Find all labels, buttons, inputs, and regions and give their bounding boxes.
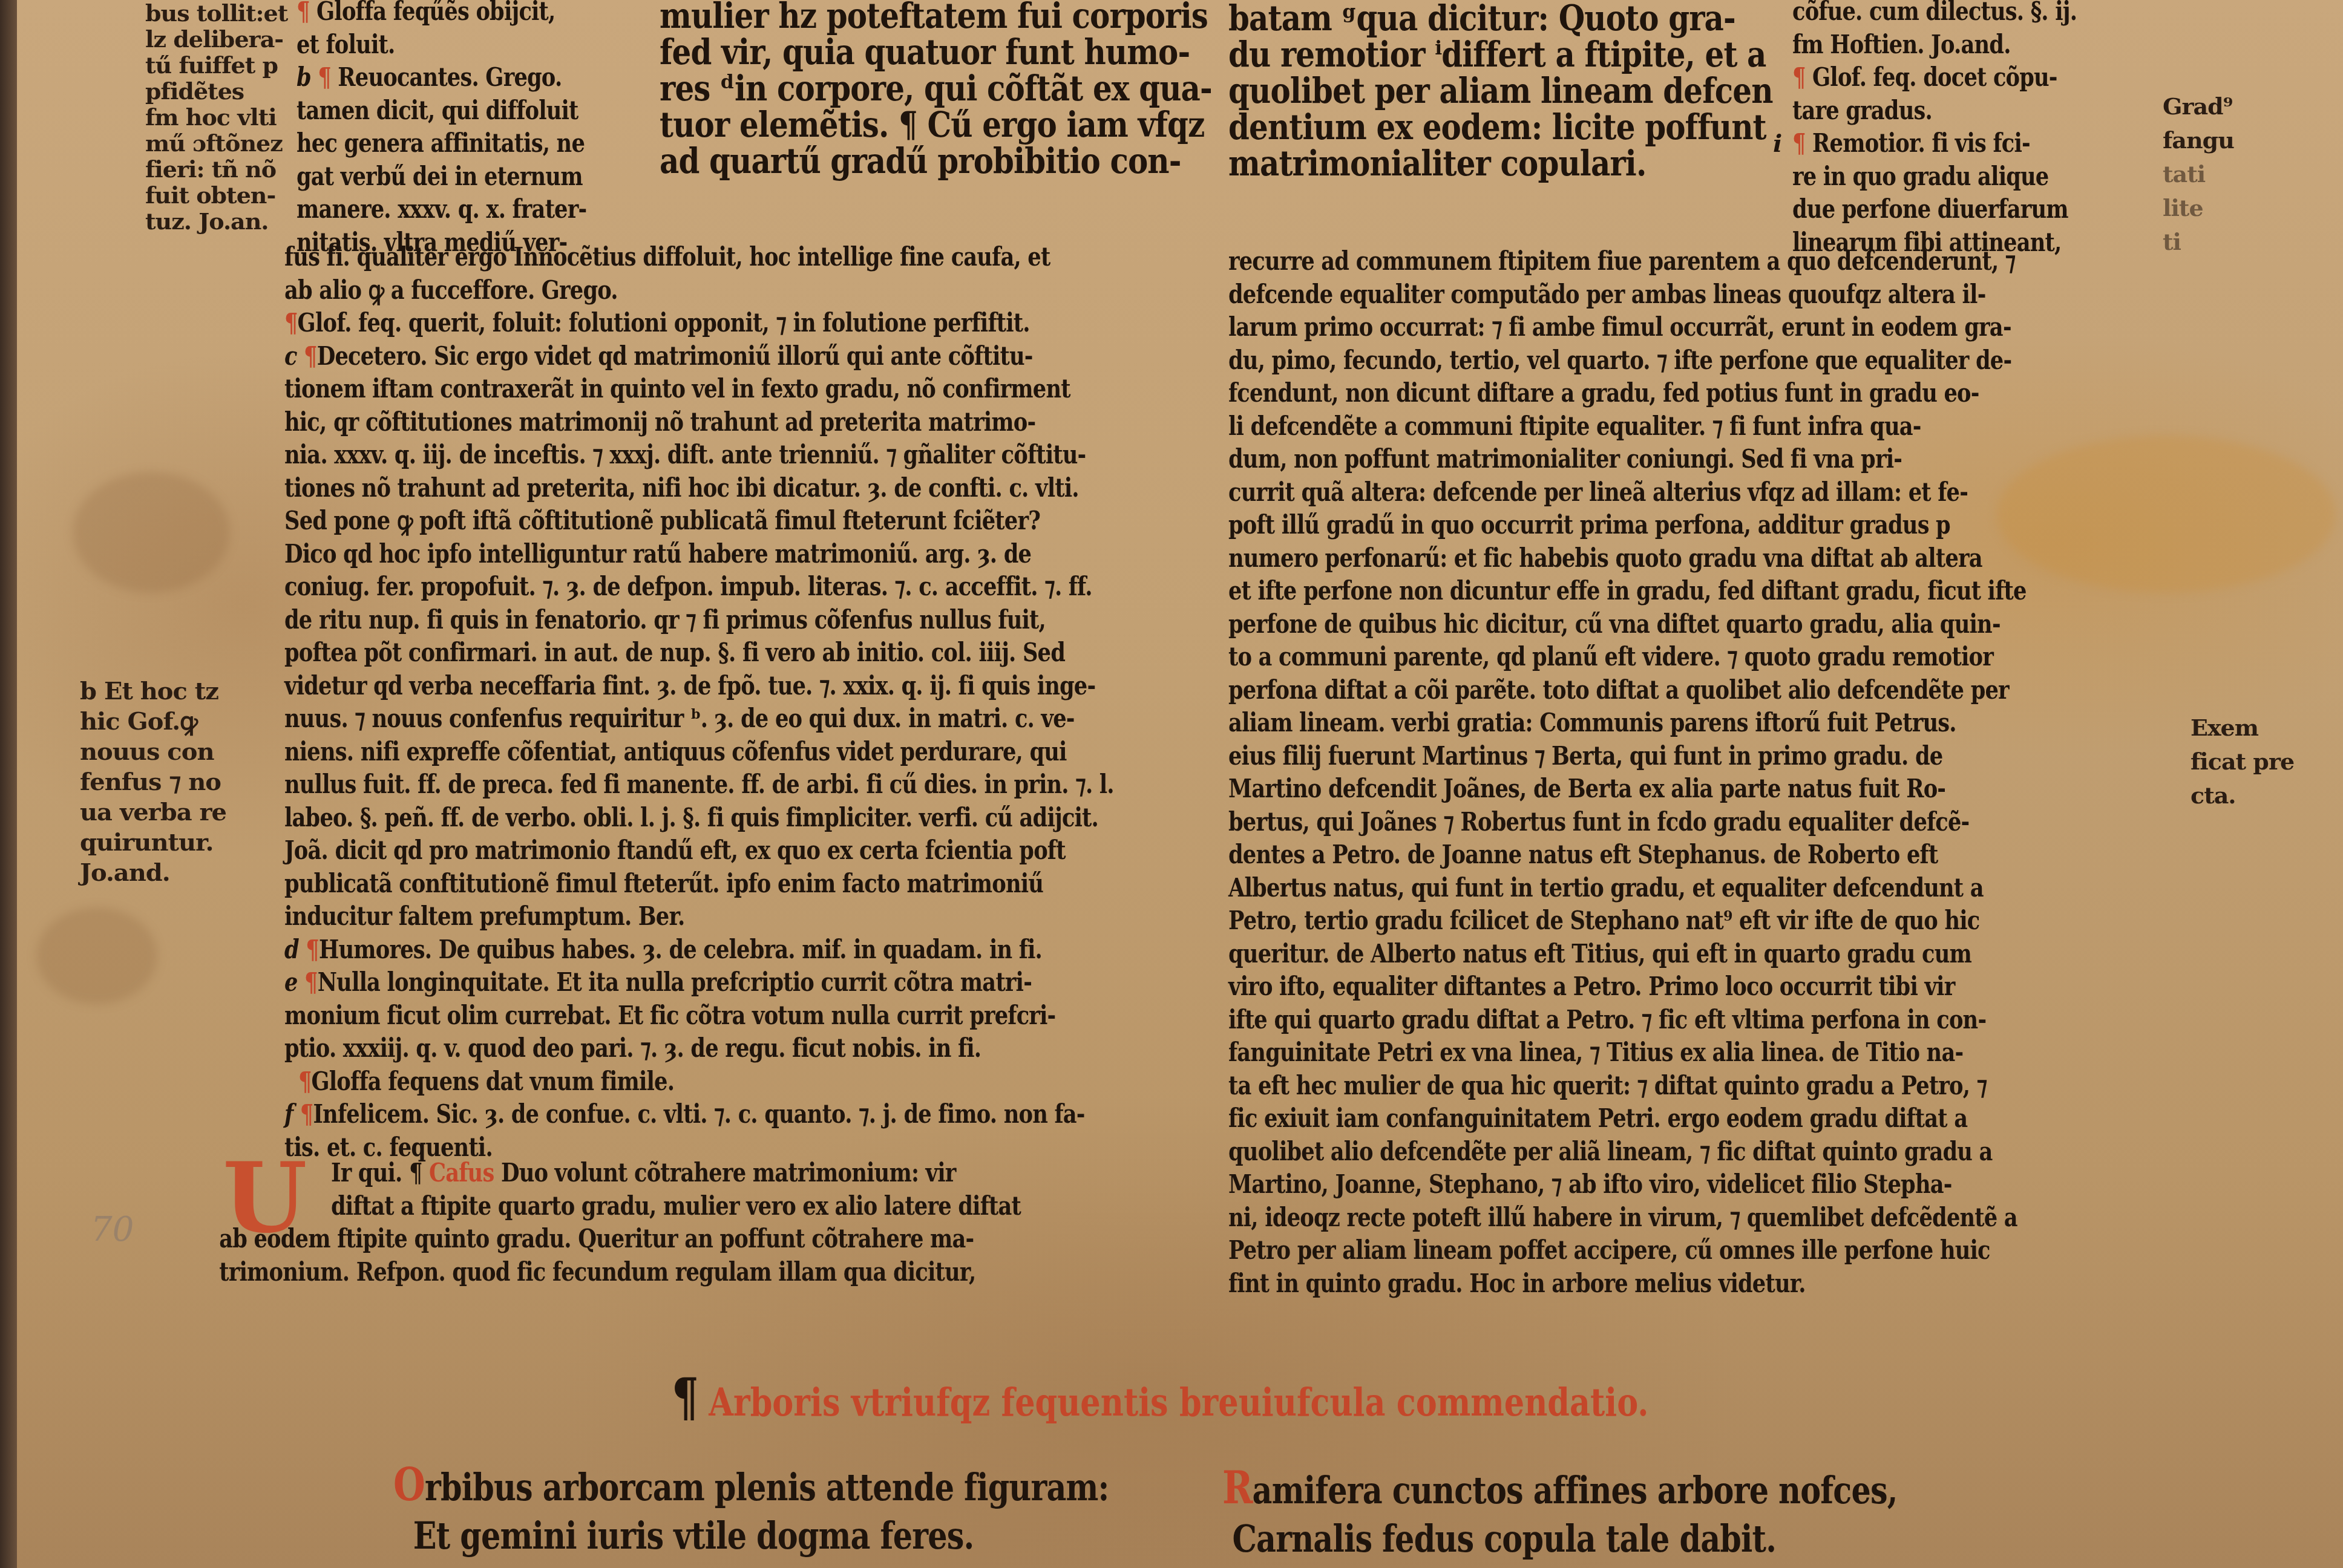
verses-right: Ramifera cunctos affines arbore nofces, … xyxy=(1222,1464,1898,1563)
gloss-line: ¶ Remotior. fi vis fci- xyxy=(1792,127,2077,160)
gloss-line: eius filij fuerunt Martinus ⁊ Berta, qui… xyxy=(1228,740,2027,773)
gloss-line: defcende equaliter computãdo per ambas l… xyxy=(1228,278,2027,312)
gloss-line: du, pimo, fecundo, tertio, vel quarto. ⁊… xyxy=(1228,344,2027,377)
note-line: ficat pre xyxy=(2191,745,2294,779)
gloss-line: manere. xxxv. q. x. frater- xyxy=(297,193,586,226)
gloss-line: f ¶Infelicem. Sic. ȝ. de confue. c. vlti… xyxy=(284,1098,1114,1131)
left-margin-note-top: bus tollit:et lz delibera- tű fuiffet p … xyxy=(145,0,287,234)
note-line: tuz. Jo.an. xyxy=(145,208,287,234)
casus-line: trimonium. Refpon. quod fic fecundum reg… xyxy=(219,1256,1021,1289)
gloss-right-column: recurre ad communem ftipitem fiue parent… xyxy=(1228,245,2027,1300)
gloss-line: Petro per aliam lineam poffet accipere, … xyxy=(1228,1234,2027,1267)
gloss-line: Albertus natus, qui funt in tertio gradu… xyxy=(1228,872,2027,905)
note-line: pfidẽtes xyxy=(145,78,287,104)
gloss-line: ab alio ꝙ a fucceffore. Grego. xyxy=(284,274,1114,307)
pilcrow-icon: ¶ xyxy=(672,1367,699,1428)
note-line: lz delibera- xyxy=(145,26,287,52)
gloss-line: et ifte perfone non dicuntur effe in gra… xyxy=(1228,575,2027,608)
main-text-top-right: batam ᵍqua dicitur: Quoto gra- du remoti… xyxy=(1228,0,1773,181)
pilcrow-icon: ¶ xyxy=(1792,128,1806,158)
gloss-line: ifte qui quarto gradu diftat a Petro. ⁊ … xyxy=(1228,1004,2027,1037)
gloss-line: fint in quinto gradu. Hoc in arbore meli… xyxy=(1228,1267,2027,1301)
note-line: fm hoc vlti xyxy=(145,104,287,130)
note-line: ti xyxy=(2163,225,2234,259)
gloss-line: poft illű gradű in quo occurrit prima pe… xyxy=(1228,509,2027,542)
gloss-line: to a communi parente, qd planű eft vider… xyxy=(1228,641,2027,674)
left-margin-note-mid: b Et hoc tz hic Gof.ꝙ nouus con fenfus ⁊… xyxy=(80,676,226,888)
note-line: mű ɔftõnez xyxy=(145,130,287,156)
text-line: tuor elemẽtis. ¶ Cű ergo iam vfqz xyxy=(660,106,1212,143)
text-line: ad quartű gradű probibitio con- xyxy=(660,143,1212,179)
note-line: nouus con xyxy=(80,737,226,767)
note-line: fangu xyxy=(2163,123,2234,157)
gloss-line: et foluit. xyxy=(297,28,586,62)
casus-rubric: Cafus xyxy=(429,1158,494,1187)
verse-line: Ramifera cunctos affines arbore nofces, xyxy=(1222,1464,1898,1515)
gloss-line: Dico qd hoc ipfo intelliguntur ratű habe… xyxy=(284,538,1114,571)
pilcrow-icon: ¶ xyxy=(298,1067,312,1096)
gloss-line: quolibet alio defcendẽte per aliã lineam… xyxy=(1228,1135,2027,1169)
gloss-line: poftea põt confirmari. in aut. de nup. §… xyxy=(284,636,1114,670)
gloss-top-left: ¶ Gloffa feqűẽs obijcit, et foluit. b ¶ … xyxy=(297,0,586,259)
gloss-line: Martino defcendit Joãnes, de Berta ex al… xyxy=(1228,773,2027,806)
right-margin-note-top: Grad⁹ fangu tati lite ti xyxy=(2163,90,2234,259)
gloss-line: de ritu nup. fi quis in fenatorio. qr ⁊ … xyxy=(284,604,1114,637)
gloss-reference-letter: i xyxy=(1773,129,1782,158)
gloss-line: coniug. fer. propofuit. ⁊. ȝ. de defpon.… xyxy=(284,570,1114,604)
gloss-line: niens. nifi expreffe cõfentiat, antiquus… xyxy=(284,736,1114,769)
gloss-line: ¶Glof. feq. querit, foluit: folutioni op… xyxy=(284,307,1114,340)
casus-section: Ir qui. ¶ Cafus Duo volunt cõtrahere mat… xyxy=(306,1157,1021,1289)
gloss-line: Petro, tertio gradu fcilicet de Stephano… xyxy=(1228,904,2027,938)
gloss-line: fic exiuit iam confanguinitatem Petri. e… xyxy=(1228,1102,2027,1135)
text-line: batam ᵍqua dicitur: Quoto gra- xyxy=(1228,0,1773,36)
gloss-line: b ¶ Reuocantes. Grego. xyxy=(297,61,586,94)
gloss-top-far-right: cõfue. cum dilectus. §. ij. fm Hoftien. … xyxy=(1792,0,2077,259)
gloss-line: labeo. §. peñ. ff. de verbo. obli. l. j.… xyxy=(284,802,1114,835)
pilcrow-icon: ¶ xyxy=(297,0,310,26)
gloss-line: ¶Gloffa fequens dat vnum fimile. xyxy=(284,1065,1114,1099)
gloss-line: c ¶Decetero. Sic ergo videt qd matrimoni… xyxy=(284,340,1114,373)
gloss-line: currit quã altera: defcende per lineã al… xyxy=(1228,476,2027,509)
gloss-line: re in quo gradu alique xyxy=(1792,160,2077,194)
gloss-line: hic, qr cõftitutiones matrimonij nõ trah… xyxy=(284,406,1114,439)
gloss-line: nullus fuit. ff. de preca. fed fi manent… xyxy=(284,768,1114,802)
verse-line: Carnalis fedus copula tale dabit. xyxy=(1222,1515,1898,1563)
gloss-line: tiones nõ trahunt ad preterita, nifi hoc… xyxy=(284,472,1114,505)
water-stain xyxy=(1997,436,2336,593)
gloss-line: perfona diftat a cõi parẽte. toto diftat… xyxy=(1228,674,2027,707)
text-line: mulier hz poteftatem fui corporis xyxy=(660,0,1212,34)
note-line: fieri: tñ nõ xyxy=(145,156,287,182)
gloss-reference-letter: e xyxy=(284,967,298,997)
gloss-line: monium ficut olim currebat. Et fic cõtra… xyxy=(284,999,1114,1033)
note-line: quiruntur. xyxy=(80,828,226,858)
rubric-initial: R xyxy=(1222,1462,1253,1514)
gloss-line: fanguinitate Petri ex vna linea, ⁊ Titiu… xyxy=(1228,1036,2027,1070)
text-line: fed vir, quia quatuor funt humo- xyxy=(660,34,1212,70)
pilcrow-icon: ¶ xyxy=(318,62,331,92)
pilcrow-icon: ¶ xyxy=(306,935,319,964)
gloss-line: e ¶Nulla longinquitate. Et ita nulla pre… xyxy=(284,966,1114,999)
verse-line: Orbibus arborcam plenis attende figuram: xyxy=(393,1461,1109,1512)
gloss-line: numero perfonarű: et fic habebis quoto g… xyxy=(1228,542,2027,575)
note-line: fuit obten- xyxy=(145,182,287,208)
gloss-line: due perfone diuerfarum xyxy=(1792,193,2077,226)
casus-line: ab eodem ftipite quinto gradu. Queritur … xyxy=(219,1223,1021,1256)
gloss-line: li defcendẽte a communi ftipite equalite… xyxy=(1228,410,2027,443)
gloss-line: hec genera affinitatis, ne xyxy=(297,127,586,160)
casus-line: diftat a ftipite quarto gradu, mulier ve… xyxy=(306,1190,1021,1223)
gloss-line: tare gradus. xyxy=(1792,94,2077,128)
note-line: tati xyxy=(2163,157,2234,191)
gloss-reference-letter: f xyxy=(284,1099,293,1129)
note-line: fenfus ⁊ no xyxy=(80,767,226,797)
gloss-line: perfone de quibus hic dicitur, cű vna di… xyxy=(1228,608,2027,641)
gloss-line: tamen dicit, qui diffoluit xyxy=(297,94,586,128)
gloss-line: ¶ Gloffa feqűẽs obijcit, xyxy=(297,0,586,28)
text-line: quolibet per aliam lineam defcen xyxy=(1228,73,1773,109)
note-line: Grad⁹ xyxy=(2163,90,2234,123)
gloss-line: queritur. de Alberto natus eft Titius, q… xyxy=(1228,938,2027,971)
gloss-line: Joã. dicit qd pro matrimonio ftandű eft,… xyxy=(284,834,1114,867)
section-heading: ¶Arboris vtriufqz fequentis breuiufcula … xyxy=(672,1367,1649,1428)
pencil-folio-number: 70 xyxy=(91,1210,134,1249)
note-line: lite xyxy=(2163,191,2234,225)
gloss-line: Martino, Joanne, Stephano, ⁊ ab ifto vir… xyxy=(1228,1168,2027,1201)
note-line: tű fuiffet p xyxy=(145,52,287,78)
gloss-reference-letter: d xyxy=(284,935,299,964)
gloss-line: ta eft hec mulier de qua hic querit: ⁊ d… xyxy=(1228,1070,2027,1103)
gloss-line: nia. xxxv. q. iij. de inceftis. ⁊ xxxj. … xyxy=(284,439,1114,472)
text-line: dentium ex eodem: licite poffunt xyxy=(1228,109,1773,145)
note-line: ua verba re xyxy=(80,797,226,828)
text-line: matrimonialiter copulari. xyxy=(1228,145,1773,181)
pilcrow-icon: ¶ xyxy=(1792,62,1806,92)
gloss-line: fcendunt, non dicunt diftare a gradu, fe… xyxy=(1228,377,2027,410)
rubric-initial: O xyxy=(393,1459,425,1511)
gloss-line: videtur qd verba neceffaria fint. ȝ. de … xyxy=(284,670,1114,703)
gloss-line: inducitur faltem prefumptum. Ber. xyxy=(284,900,1114,933)
note-line: Jo.and. xyxy=(80,858,226,888)
gloss-line: tionem iftam contraxerãt in quinto vel i… xyxy=(284,373,1114,406)
note-line: b Et hoc tz xyxy=(80,676,226,707)
gloss-line: publicatã conftitutionẽ fimul fteterűt. … xyxy=(284,867,1114,901)
foxing-stain xyxy=(73,472,230,593)
gloss-line: nuus. ⁊ nouus confenfus requiritur ᵇ. ȝ.… xyxy=(284,702,1114,736)
pilcrow-icon: ¶ xyxy=(300,1099,313,1129)
gloss-line: gat verbű dei in eternum xyxy=(297,160,586,194)
gloss-line: Sed pone ꝙ poft iftã cõftitutionẽ public… xyxy=(284,505,1114,538)
gloss-line: fus fi. qualiter ergo Innocẽtius diffolu… xyxy=(284,241,1114,274)
book-edge xyxy=(0,0,17,1568)
right-margin-note-mid: Exem ficat pre cta. xyxy=(2191,711,2294,812)
text-line: du remotior ⁱdiffert a ftipite, et a xyxy=(1228,36,1773,73)
gloss-reference-letter: b xyxy=(297,62,311,92)
gloss-line: recurre ad communem ftipitem fiue parent… xyxy=(1228,245,2027,278)
main-text-top-middle: mulier hz poteftatem fui corporis fed vi… xyxy=(660,0,1212,179)
verse-line: Et gemini iuris vtile dogma feres. xyxy=(393,1512,1109,1560)
gloss-line: ni, ideoqz recte poteft illű habere in v… xyxy=(1228,1201,2027,1235)
gloss-line: fm Hoftien. Jo.and. xyxy=(1792,28,2077,62)
gloss-line: larum primo occurrat: ⁊ fi ambe fimul oc… xyxy=(1228,311,2027,344)
note-line: Exem xyxy=(2191,711,2294,745)
note-line: cta. xyxy=(2191,779,2294,812)
gloss-line: cõfue. cum dilectus. §. ij. xyxy=(1792,0,2077,28)
gloss-reference-letter: c xyxy=(284,341,297,371)
foxing-stain xyxy=(36,907,157,1004)
gloss-line: d ¶Humores. De quibus habes. ȝ. de celeb… xyxy=(284,933,1114,967)
verses-left: Orbibus arborcam plenis attende figuram:… xyxy=(393,1461,1109,1560)
gloss-line: dum, non poffunt matrimonialiter coniung… xyxy=(1228,443,2027,476)
gloss-line: bertus, qui Joãnes ⁊ Robertus funt in fc… xyxy=(1228,806,2027,839)
gloss-line: ptio. xxxiij. q. v. quod deo pari. ⁊. ȝ.… xyxy=(284,1032,1114,1065)
gloss-line: ¶ Glof. feq. docet cõpu- xyxy=(1792,61,2077,94)
gloss-line: dentes a Petro. de Joanne natus eft Step… xyxy=(1228,838,2027,872)
pilcrow-icon: ¶ xyxy=(304,967,318,997)
note-line: hic Gof.ꝙ xyxy=(80,707,226,737)
pilcrow-icon: ¶ xyxy=(284,308,298,338)
gloss-line: viro ifto, equaliter diftantes a Petro. … xyxy=(1228,970,2027,1004)
pilcrow-icon: ¶ xyxy=(304,341,317,371)
gloss-left-column: fus fi. qualiter ergo Innocẽtius diffolu… xyxy=(284,241,1114,1164)
casus-line: Ir qui. ¶ Cafus Duo volunt cõtrahere mat… xyxy=(306,1157,1021,1190)
note-line: bus tollit:et xyxy=(145,0,287,26)
text-line: res ᵈin corpore, qui cõftãt ex qua- xyxy=(660,70,1212,106)
gloss-line: aliam lineam. verbi gratia: Communis par… xyxy=(1228,707,2027,740)
